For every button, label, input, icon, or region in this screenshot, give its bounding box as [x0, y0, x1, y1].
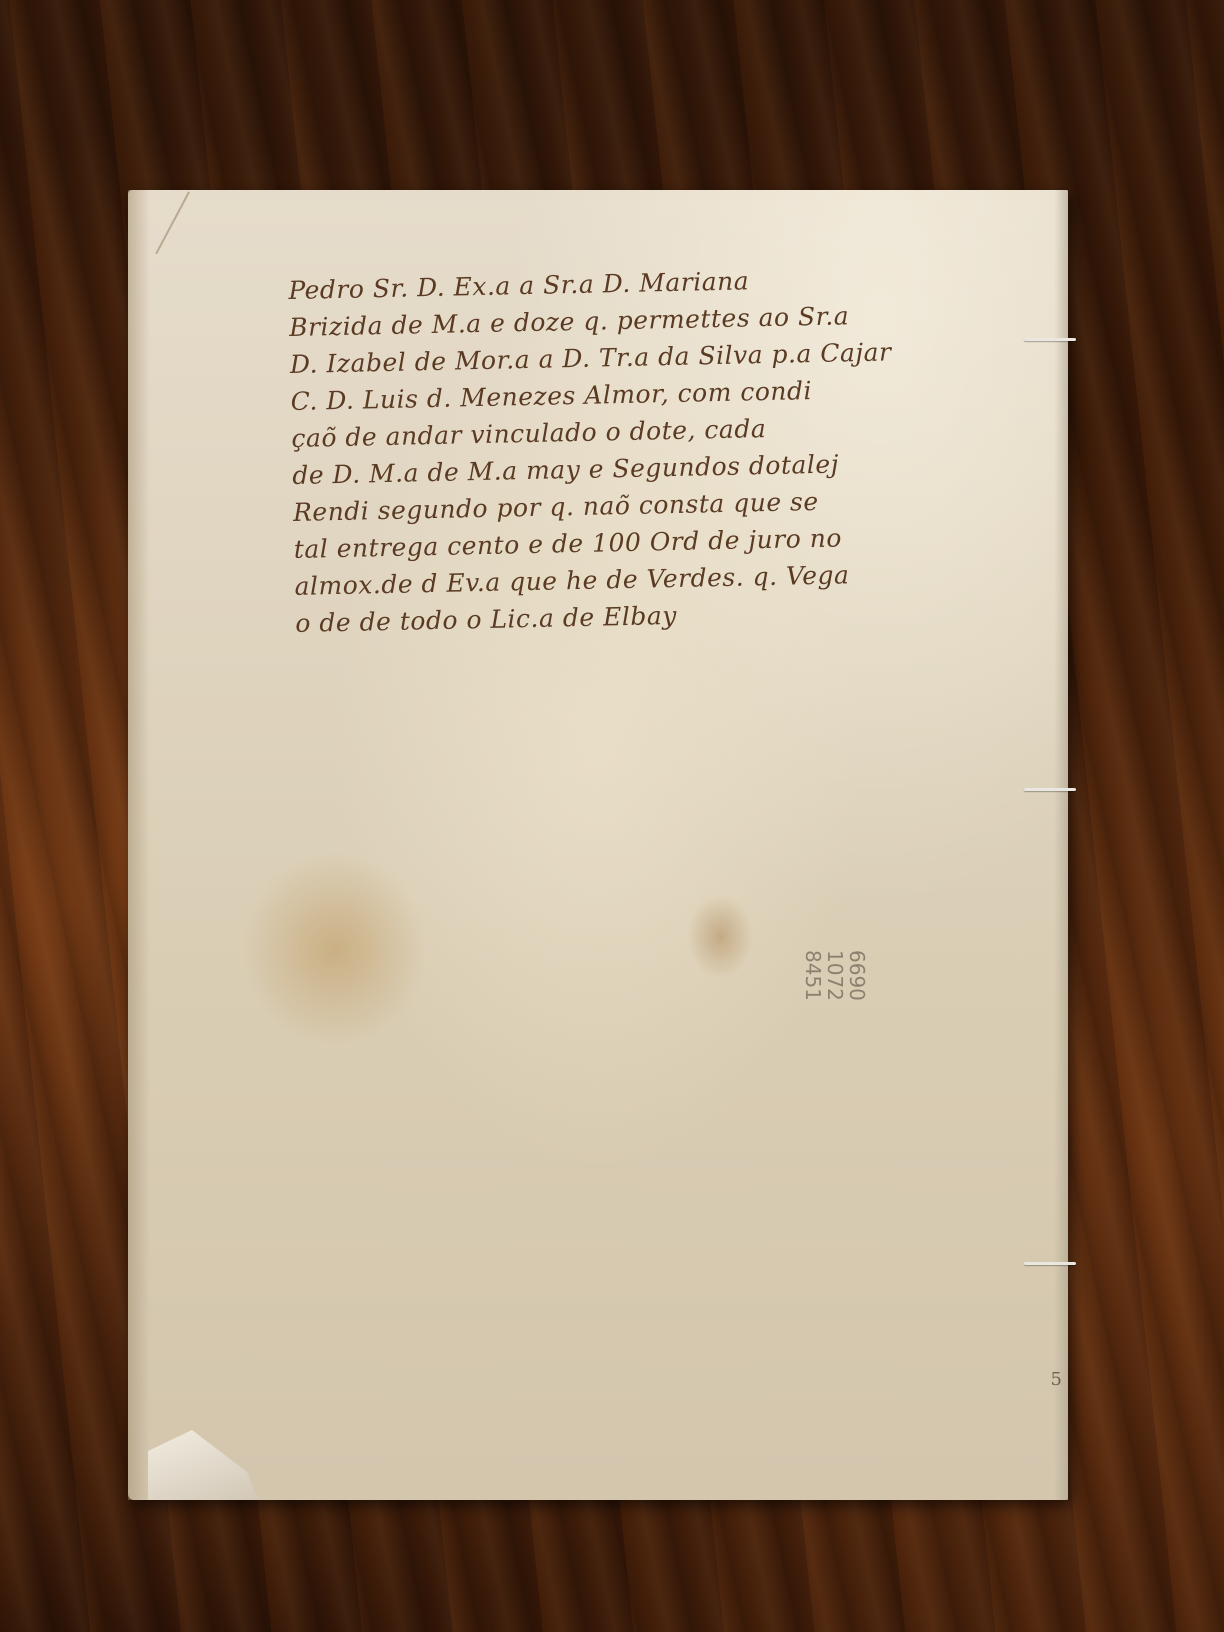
manuscript-page: Pedro Sr. D. Ex.a a Sr.a D. Mariana Briz…: [128, 190, 1068, 1500]
corner-fold-line: [155, 192, 190, 255]
page-mark: 5: [1051, 1369, 1062, 1390]
binding-stitch-3: [1024, 1262, 1076, 1265]
torn-corner: [148, 1430, 258, 1500]
binding-spine: [1054, 190, 1068, 1500]
pencil-note-line: 6690: [846, 950, 868, 1001]
binding-stitch-2: [1024, 788, 1076, 791]
pencil-note-line: 8451: [802, 950, 824, 1001]
pencil-note-line: 1072: [824, 950, 846, 1001]
pencil-catalog-note: 6690 1072 8451: [802, 950, 868, 1001]
page-left-edge: [128, 190, 150, 1500]
handwritten-text: Pedro Sr. D. Ex.a a Sr.a D. Mariana Briz…: [288, 256, 1056, 642]
